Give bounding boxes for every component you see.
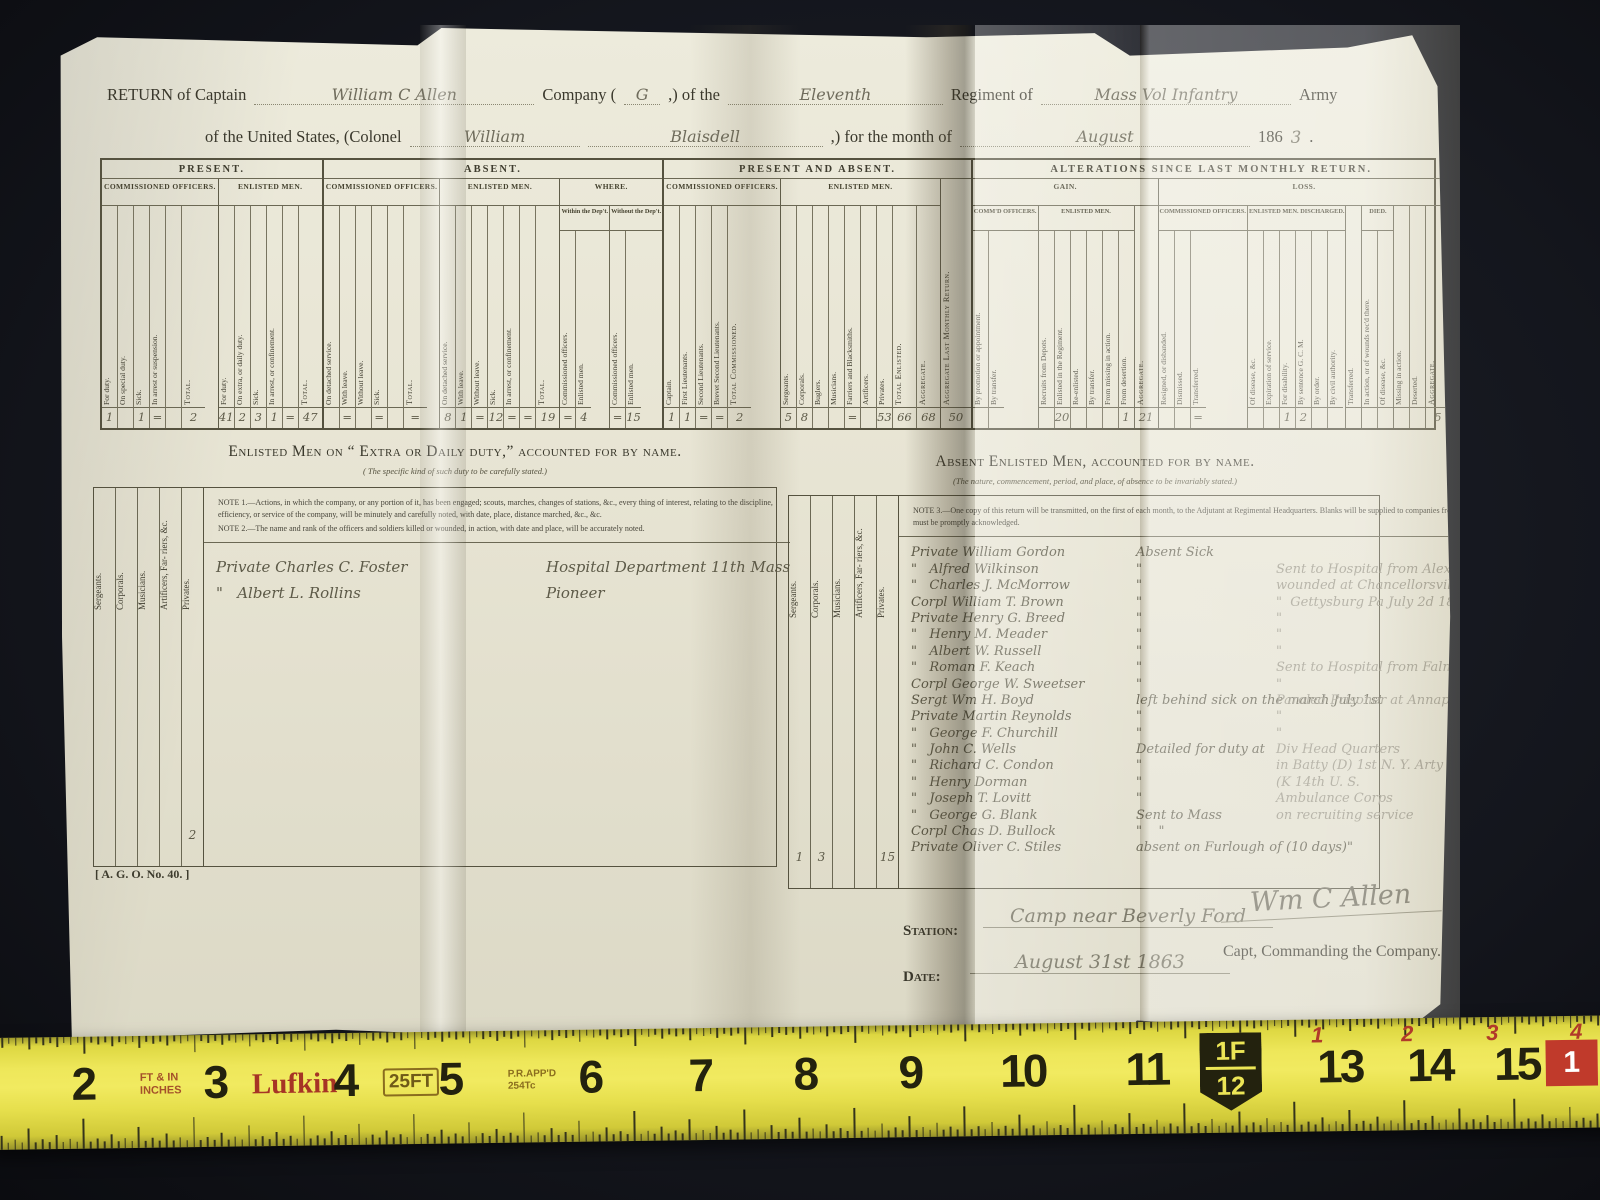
tape-tick <box>63 1037 65 1043</box>
tape-tick <box>1377 1019 1379 1029</box>
tape-tick <box>434 1032 436 1038</box>
tape-tick <box>929 1129 931 1137</box>
tape-tick <box>1391 1018 1393 1026</box>
tape-tick <box>1294 1102 1296 1132</box>
tape-tick <box>634 1029 636 1046</box>
tape-tick <box>1211 1119 1213 1133</box>
column-group: LOSS.COMMISSIONED OFFICERS.Resigned, or … <box>1158 179 1450 428</box>
tape-tick <box>1349 1110 1351 1131</box>
column-label: Enlisted in the Regiment. <box>1055 231 1070 407</box>
tape-tick <box>1370 1123 1372 1131</box>
tape-tick <box>318 1033 320 1041</box>
rank-column: Privates.15 <box>876 496 898 888</box>
tape-tick <box>1005 1126 1007 1136</box>
tape-tick <box>1541 1114 1543 1128</box>
absent-man-entry: Private William GordonAbsent Sick <box>911 544 1600 560</box>
tape-tick <box>117 1141 119 1149</box>
tape-inch-number: 4 <box>333 1053 356 1107</box>
table-column: Missing in action. <box>1394 206 1409 428</box>
table-column: On special duty. <box>117 206 133 428</box>
tape-tick <box>730 1028 732 1036</box>
tape-tick <box>888 1130 890 1138</box>
tape-tick <box>1171 1021 1173 1029</box>
entry-note-handwritten: " <box>1276 611 1282 626</box>
column-value-handwritten <box>861 407 876 428</box>
rank-column: Musicians. <box>832 496 854 888</box>
column-group: COMMISSIONED OFFICERS.Captain.1First Lie… <box>664 179 780 428</box>
tape-tick <box>476 1031 478 1037</box>
tape-tick <box>757 1129 759 1139</box>
subgroup-title: PIECES ARTIL- LERY. <box>1531 179 1599 204</box>
table-column: = <box>519 206 535 428</box>
tape-tick <box>1094 1127 1096 1135</box>
entry-note-handwritten: " <box>1276 677 1282 692</box>
column-value-handwritten: = <box>404 407 427 428</box>
column-value-handwritten: 66 <box>893 407 916 428</box>
tape-tick <box>1446 1018 1448 1026</box>
tape-tick <box>1157 1022 1159 1032</box>
table-column: In action, or of wounds rec'd there. <box>1362 231 1377 428</box>
column-label <box>283 206 298 407</box>
column-value-handwritten: 1 <box>1280 407 1295 428</box>
table-section: ALTERATIONS SINCE LAST MONTHLY RETURN.GA… <box>971 160 1450 428</box>
tape-tick <box>331 1131 333 1145</box>
tape-tick <box>1204 1126 1206 1134</box>
tape-tick <box>29 1037 31 1049</box>
column-value-handwritten: 8 <box>440 407 455 428</box>
tape-tick <box>1191 1021 1193 1027</box>
column-value-handwritten: = <box>696 407 711 428</box>
rank-column-label: Corporals. <box>811 500 834 618</box>
column-label: Transferred. <box>1191 231 1206 407</box>
tape-tick <box>317 1135 319 1145</box>
tape-tick <box>840 1128 842 1138</box>
tape-tick <box>1329 1019 1331 1025</box>
column-label: Corporals. <box>797 206 812 407</box>
column-label: Sick. <box>372 206 387 407</box>
entry-name-handwritten: Sergt Wm H. Boyd <box>911 693 1136 708</box>
table-column: By transfer. <box>988 231 1004 428</box>
tape-tick <box>1363 1121 1365 1131</box>
table-section: ABSENT.COMMISSIONED OFFICERS.On detached… <box>322 160 662 428</box>
tape-tick <box>819 1131 821 1139</box>
entry-remark-handwritten: Absent Sick <box>1136 545 1276 560</box>
tape-tick <box>1576 1120 1578 1128</box>
header-printed: . <box>1309 127 1313 147</box>
column-label: Enlisted men. <box>626 231 641 407</box>
entry-name-handwritten: " Charles J. McMorrow <box>911 578 1136 593</box>
tape-tick <box>1122 1022 1124 1028</box>
column-label <box>520 206 535 407</box>
tape-tick <box>1259 1125 1261 1133</box>
tape-tick <box>874 1130 876 1138</box>
column-value-handwritten: 19 <box>536 407 559 428</box>
signature-title: Capt, Commanding the Company. <box>1223 943 1441 961</box>
tape-tick <box>455 1133 457 1143</box>
column-value-handwritten: 1 <box>102 407 117 428</box>
absent-man-entry: " George F. Churchill"" <box>911 724 1600 740</box>
tape-red-inch-number: 1 <box>1311 1022 1324 1048</box>
group-title: WHERE. <box>560 179 662 206</box>
tape-tick <box>723 1028 725 1034</box>
tape-inch-number: 2 <box>71 1057 94 1111</box>
subgroup-title: DIED. <box>1362 206 1393 231</box>
rank-column-label: Corporals. <box>116 492 139 610</box>
tape-tick <box>441 1032 443 1042</box>
tape-inch-number: 8 <box>793 1046 816 1100</box>
table-column: Enlisted in the Regiment.20 <box>1054 231 1070 428</box>
regiment-name-handwritten: Mass Vol Infantry <box>1041 85 1291 105</box>
form-number: [ A. G. O. No. 40. ] <box>95 867 189 882</box>
tape-foot-marker: 1F 12 <box>1199 1032 1262 1111</box>
tape-tick <box>503 1031 505 1037</box>
absent-men-body: NOTE 3.—One copy of this return will be … <box>899 496 1600 888</box>
table-column: Sick.= <box>371 206 387 428</box>
tape-tick <box>1356 1123 1358 1131</box>
column-value-handwritten: 1 <box>664 407 679 428</box>
column-value-handwritten <box>1563 407 1578 428</box>
table-column: Of disease, &c. <box>1248 231 1263 428</box>
tape-tick <box>303 1116 305 1146</box>
entry-name-handwritten: " Alfred Wilkinson <box>911 562 1136 577</box>
tape-tick <box>675 1130 677 1140</box>
tape-tick <box>558 1030 560 1036</box>
tape-tick <box>1012 1128 1014 1136</box>
tape-tick <box>201 1035 203 1041</box>
tape-tick <box>1253 1020 1255 1028</box>
tape-tick <box>613 1029 615 1035</box>
tape-tick <box>1170 1124 1172 1134</box>
tape-inch-number: 7 <box>688 1048 711 1102</box>
tape-tick <box>1493 1121 1495 1129</box>
entry-note-handwritten: Div Head Quarters <box>1276 742 1400 757</box>
tape-tick <box>352 1033 354 1039</box>
tape-tick <box>152 1036 154 1044</box>
column-value-handwritten <box>1451 407 1466 428</box>
table-column: Total.2 <box>181 206 205 428</box>
table-column: Recruits from Depots. <box>1039 231 1054 428</box>
tape-tick <box>778 1027 780 1033</box>
tape-tick <box>668 1133 670 1141</box>
rank-column: Corporals.3 <box>810 496 832 888</box>
tape-tick <box>166 1134 168 1148</box>
tape-tick <box>248 1125 250 1146</box>
tape-tick <box>1384 1019 1386 1025</box>
column-label: Recruits required. <box>1467 204 1482 407</box>
table-column: Total.= <box>403 206 427 428</box>
table-column: Captain.1 <box>664 206 679 428</box>
tape-tick <box>517 1031 519 1037</box>
tape-tick <box>1061 1023 1063 1031</box>
column-label: In arrest, or confinement. <box>504 206 519 407</box>
column-label: Unserviceable. <box>1499 204 1514 407</box>
rank-column-tally-handwritten: 2 <box>182 828 203 842</box>
tape-tick <box>1150 1022 1152 1028</box>
tape-tick <box>1460 1017 1462 1029</box>
tape-tick <box>503 1135 505 1143</box>
tape-tick <box>90 1141 92 1149</box>
group-title: ENLISTED MEN. <box>781 179 940 206</box>
column-label: Artificers. <box>861 206 876 407</box>
tape-tick <box>1515 1017 1517 1034</box>
column-value-handwritten: 1 <box>1119 407 1134 428</box>
tape-tick <box>902 1025 904 1031</box>
tape-tick <box>675 1028 677 1036</box>
tape-tick <box>1219 1021 1221 1027</box>
tape-tick <box>234 1137 236 1147</box>
tape-tick <box>600 1029 602 1035</box>
absent-man-entry: " Roman F. Keach"Sent to Hospital from F… <box>911 659 1600 675</box>
column-value-handwritten: 1 <box>680 407 695 428</box>
tape-approval-line1: P.R.APP'D <box>508 1068 556 1080</box>
tape-tick <box>1116 1022 1118 1030</box>
tape-tick <box>1321 1117 1323 1131</box>
tape-tick <box>1225 1123 1227 1133</box>
tape-tick <box>537 1132 539 1142</box>
column-value-handwritten: = <box>504 407 519 428</box>
tape-tick <box>406 1137 408 1145</box>
tape-tick <box>104 1141 106 1149</box>
column-value-handwritten: = <box>520 407 535 428</box>
tape-tick <box>139 1036 141 1048</box>
entry-remark-handwritten: absent on Furlough of (10 days)" <box>1136 840 1276 855</box>
tape-tick <box>710 1028 712 1034</box>
entry-remark-handwritten: " <box>1136 726 1276 741</box>
tape-tick <box>1466 1017 1468 1023</box>
column-label: Total. <box>404 206 427 407</box>
tape-tick <box>420 1136 422 1144</box>
date-label: Date: <box>903 969 941 986</box>
tape-tick <box>510 1031 512 1039</box>
tape-tick <box>853 1108 855 1138</box>
column-value-handwritten <box>1103 407 1118 428</box>
column-label: On detached service. <box>324 206 339 407</box>
column-value-handwritten <box>118 407 133 428</box>
column-label: Serviceable. <box>1483 204 1498 407</box>
column-value-handwritten: = <box>283 407 298 428</box>
column-value-handwritten: 8 <box>797 407 812 428</box>
tape-tick <box>1163 1126 1165 1134</box>
extra-duty-title: Enlisted Men on “ Extra or Daily duty,” … <box>175 443 735 461</box>
rank-column: Artificers, Far- riers, &c. <box>854 496 876 888</box>
tape-tick <box>1583 1016 1585 1024</box>
tape-tick <box>944 1025 946 1031</box>
tape-tick <box>56 1037 58 1047</box>
table-column: Transferred.= <box>1190 231 1206 428</box>
header-printed: Regiment of <box>951 85 1033 105</box>
table-column <box>387 206 403 428</box>
column-label: Without leave. <box>472 206 487 407</box>
tape-tick <box>688 1119 690 1140</box>
tape-inch-number: 15 <box>1494 1036 1540 1091</box>
captain-name-handwritten: William C Allen <box>254 85 534 105</box>
column-value-handwritten: 21 <box>1135 407 1158 428</box>
tape-tick <box>1266 1118 1268 1132</box>
entry-name-handwritten: " Richard C. Condon <box>911 758 1136 773</box>
tape-tick <box>798 1118 800 1139</box>
tape-tick <box>83 1119 85 1149</box>
table-column: Aggregate Last Monthly Return.50 <box>941 179 971 428</box>
tape-tick <box>999 1024 1001 1030</box>
tape-tick <box>111 1134 113 1148</box>
tape-tick <box>717 1028 719 1038</box>
table-column: Aggregate.21 <box>1135 206 1158 428</box>
tape-tick <box>765 1027 767 1033</box>
tape-tick <box>7 1142 9 1150</box>
rank-column: Musicians. <box>137 488 159 866</box>
table-column: Serviceable. <box>1482 204 1498 428</box>
tape-tick <box>1026 1024 1028 1030</box>
extra-duty-entry: " Albert L. RollinsPioneer <box>216 576 790 602</box>
column-value-handwritten: 1 <box>267 407 282 428</box>
column-label: Sick. <box>251 206 266 407</box>
tape-tick <box>366 1033 368 1039</box>
section-title: ABSENT. <box>324 160 662 179</box>
tape-tick <box>1418 1120 1420 1130</box>
tape-tick <box>242 1034 244 1040</box>
tape-tick <box>593 1030 595 1038</box>
tape-tick <box>434 1136 436 1144</box>
tape-tick <box>146 1036 148 1042</box>
tape-tick <box>1500 1119 1502 1129</box>
tape-tick <box>1308 1020 1310 1028</box>
tape-measure: FT & IN INCHES Lufkin 25FT P.R.APP'D 254… <box>0 1015 1600 1150</box>
table-column: First Lieutenants.1 <box>679 206 695 428</box>
table-column: Enlisted men.15 <box>625 231 641 428</box>
tape-ftin-label: FT & IN INCHES <box>140 1071 182 1097</box>
tape-red-foot-box: 1 <box>1545 1040 1598 1087</box>
header-printed: Company ( <box>542 85 616 105</box>
column-group: COMMISSIONED OFFICERS.On detached servic… <box>324 179 440 428</box>
tape-tick <box>1514 1099 1516 1129</box>
tape-approval-line2: 254Tc <box>508 1080 556 1092</box>
tape-tick <box>627 1134 629 1142</box>
tape-tick <box>49 1142 51 1150</box>
tape-brand-logo: Lufkin <box>252 1067 338 1101</box>
tape-tick <box>1335 1121 1337 1131</box>
table-column: By transfer. <box>1086 231 1102 428</box>
form-note-3: NOTE 3.—One copy of this return will be … <box>899 496 1600 537</box>
column-value-handwritten <box>1087 407 1102 428</box>
tape-tick <box>1473 1119 1475 1129</box>
column-label: Wounded in action. <box>1451 204 1466 407</box>
absent-man-entry: Corpl Chas D. Bullock" " <box>911 823 1600 839</box>
tape-tick <box>462 1031 464 1037</box>
column-group: ENLISTED MEN.On detached service.8With l… <box>439 179 559 428</box>
tape-tick <box>1342 1124 1344 1132</box>
tape-tick <box>166 1036 168 1046</box>
tape-tick <box>77 1037 79 1043</box>
tape-tick <box>668 1028 670 1034</box>
tape-approval-label: P.R.APP'D 254Tc <box>508 1068 557 1092</box>
tape-tick <box>1439 1018 1441 1024</box>
tape-tick <box>840 1026 842 1034</box>
tape-tick <box>496 1129 498 1143</box>
entry-remark-handwritten: Detailed for duty at <box>1136 742 1276 757</box>
column-value-handwritten <box>356 407 371 428</box>
entry-remark-handwritten: " <box>1136 677 1276 692</box>
entry-name-handwritten: Corpl William T. Brown <box>911 595 1136 610</box>
tape-tick <box>813 1026 815 1034</box>
tape-tick <box>799 1027 801 1039</box>
tape-tick <box>1239 1021 1241 1033</box>
tape-tick <box>42 1037 44 1045</box>
column-label: Second Lieutenants. <box>696 206 711 407</box>
table-column: Without leave. <box>355 206 371 428</box>
column-value-handwritten: 47 <box>299 407 322 428</box>
tape-tick <box>1287 1124 1289 1132</box>
tape-tick <box>207 1137 209 1147</box>
column-value-handwritten <box>1499 407 1514 428</box>
table-column: By promotion or appointment. <box>973 231 988 428</box>
table-column: Enlisted men.4 <box>575 231 591 428</box>
header-line-2: of the United States, (Colonel William B… <box>205 127 1395 147</box>
table-section: PRESENT AND ABSENT.COMMISSIONED OFFICERS… <box>662 160 971 428</box>
entry-name-handwritten: Private Oliver C. Stiles <box>911 840 1136 855</box>
table-column: Mountain. <box>1562 204 1578 428</box>
table-column: Resigned, or disbanded. <box>1159 231 1174 428</box>
tape-tick <box>627 1029 629 1035</box>
tape-tick <box>1452 1122 1454 1130</box>
tape-tick <box>256 1034 258 1040</box>
tape-tick <box>262 1136 264 1146</box>
header-line-1: RETURN of Captain William C Allen Compan… <box>107 85 1417 105</box>
tape-tick <box>792 1131 794 1139</box>
column-group: ENLISTED MEN.Sergeants.5Corporals.8Bugle… <box>780 179 940 428</box>
tape-tick <box>104 1036 106 1042</box>
tape-tick <box>538 1030 540 1038</box>
tape-tick <box>1597 1016 1599 1026</box>
tape-tick <box>1425 1122 1427 1130</box>
table-column: Brevet Second Lieutenants.= <box>711 206 727 428</box>
tape-tick <box>1109 1022 1111 1028</box>
tape-tick <box>820 1026 822 1032</box>
column-value-handwritten <box>1159 407 1174 428</box>
tape-tick <box>1308 1122 1310 1132</box>
tape-tick <box>475 1136 477 1144</box>
tape-tick <box>771 1125 773 1139</box>
tape-tick <box>881 1124 883 1138</box>
absent-man-entry: Corpl George W. Sweetser"" <box>911 675 1600 691</box>
tape-tick <box>703 1028 705 1036</box>
tape-tick <box>131 1141 133 1149</box>
tape-tick <box>483 1031 485 1039</box>
tape-tick <box>998 1128 1000 1136</box>
column-label: By transfer. <box>989 231 1004 407</box>
tape-tick <box>544 1135 546 1143</box>
extra-duty-subtitle: ( The specific kind of such duty to be c… <box>175 466 735 476</box>
column-value-handwritten <box>1515 407 1530 428</box>
tape-tick <box>682 1028 684 1034</box>
tape-tick <box>1301 1020 1303 1026</box>
tape-tick <box>1108 1127 1110 1135</box>
section-title: PRESENT AND ABSENT. <box>664 160 971 179</box>
column-value-handwritten <box>973 407 988 428</box>
tape-tick <box>1336 1019 1338 1027</box>
tape-tick <box>15 1038 17 1046</box>
tape-tick <box>737 1028 739 1034</box>
column-label: Dismissed. <box>1175 231 1190 407</box>
tape-tick <box>21 1142 23 1150</box>
column-label: Resigned, or disbanded. <box>1159 231 1174 407</box>
tape-tick <box>400 1032 402 1040</box>
tape-tick <box>22 1038 24 1044</box>
tape-tick <box>964 1024 966 1041</box>
column-label: Missing in action. <box>1394 206 1409 407</box>
column-value-handwritten: 53 <box>877 407 892 428</box>
tape-tick <box>943 1129 945 1137</box>
entry-remark-handwritten: " <box>1136 562 1276 577</box>
